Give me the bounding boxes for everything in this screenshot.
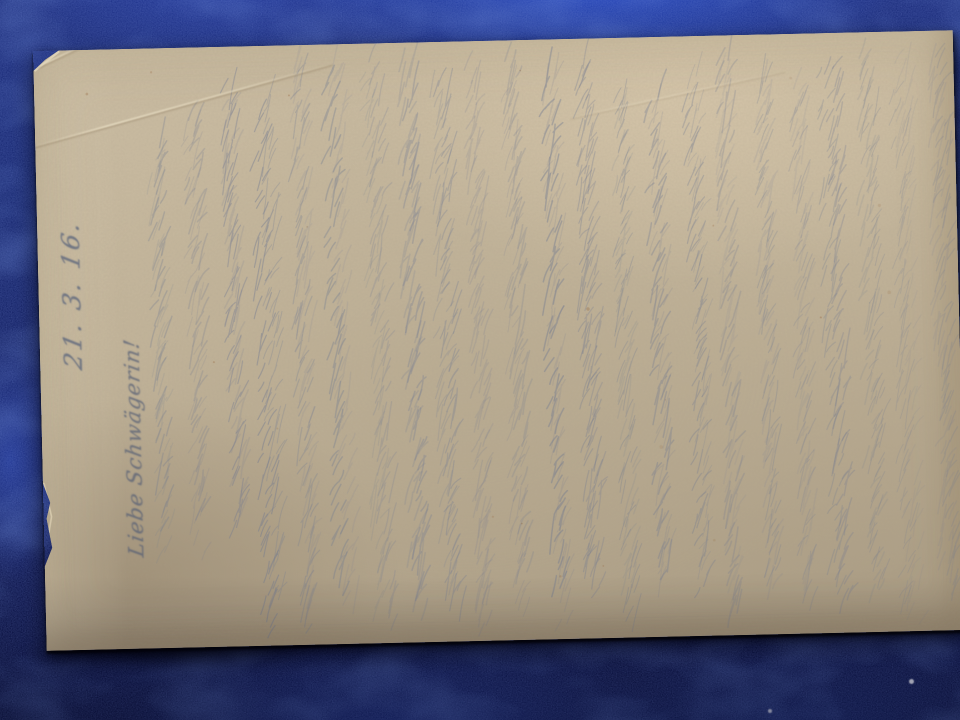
photograph: 21. 3. 16. Liebe Schwägerin! <box>0 0 960 720</box>
lint-speck <box>768 709 772 713</box>
lint-speck <box>909 679 914 684</box>
handwriting-svg <box>33 30 960 651</box>
postcard: 21. 3. 16. Liebe Schwägerin! <box>33 30 960 652</box>
